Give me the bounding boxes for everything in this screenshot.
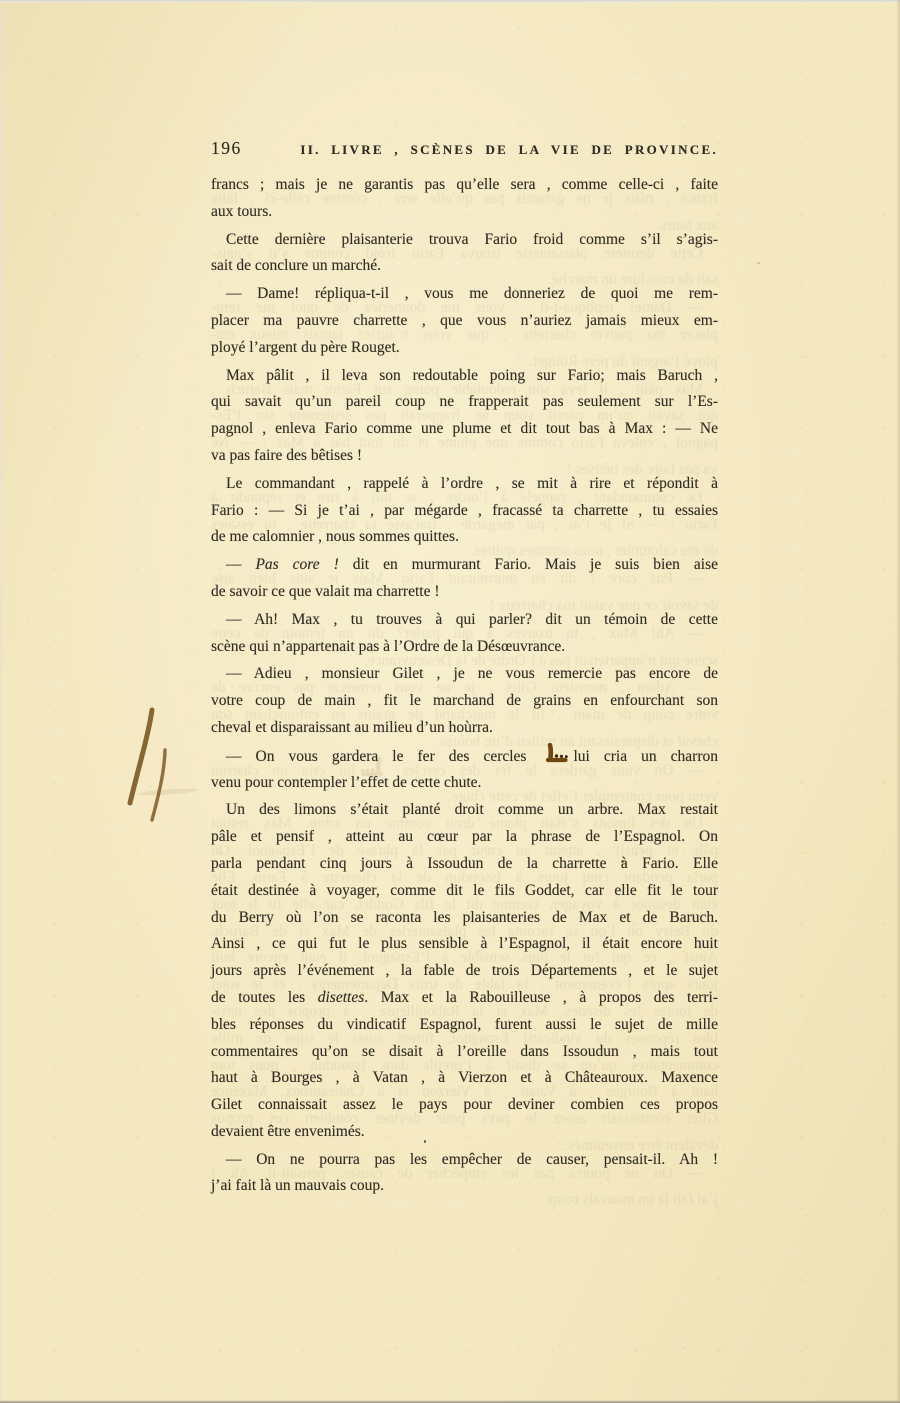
text-line: du Berry où l’on se raconta les plaisant… (211, 905, 718, 932)
text-segment: Max pâlit , il leva son redoutable poing… (226, 367, 718, 384)
text-segment: du Berry où l’on se raconta les plaisant… (211, 909, 718, 926)
text-segment: — On vous gardera le fer des cercles (226, 748, 526, 765)
text-segment: lui cria un charron (573, 748, 718, 765)
text-line: pâle et pensif , atteint au cœur par la … (211, 824, 718, 851)
text-line: parla pendant cinq jours à Issoudun de l… (211, 851, 718, 878)
text-line: était destinée à voyager, comme dit le f… (211, 878, 718, 905)
text-line: Gilet connaissait assez le pays pour dev… (211, 1092, 718, 1119)
paper-speck (757, 262, 760, 264)
text-segment: pagnol , enleva Fario comme une plume et… (211, 420, 718, 437)
text-line: va pas faire des bêtises ! (211, 443, 718, 470)
book-page-scan: francs ; mais je ne garantis pas qu’elle… (0, 0, 900, 1403)
text-segment: devaient être envenimés. (211, 1123, 365, 1140)
text-line: francs ; mais je ne garantis pas qu’elle… (211, 172, 718, 199)
text-segment: Cette dernière plaisanterie trouva Fario… (226, 231, 718, 248)
page-number: 196 (211, 138, 242, 159)
text-line: haut à Bourges , à Vatan , à Vierzon et … (211, 1065, 718, 1092)
scan-edge-left (0, 0, 2, 1403)
text-segment: cheval et disparaissant au milieu d’un h… (211, 719, 493, 736)
text-segment: Un des limons s’était planté droit comme… (226, 801, 718, 818)
text-segment: qui savait qu’un pareil coup ne frappera… (211, 393, 718, 410)
scan-edge-right (896, 0, 900, 1403)
text-segment: placer ma pauvre charrette , que vous n’… (211, 312, 718, 329)
text-line: ployé l’argent du père Rouget. (211, 335, 718, 362)
text-line: cheval et disparaissant au milieu d’un h… (211, 715, 718, 742)
text-segment: Le commandant , rappelé à l’ordre , se m… (226, 475, 718, 492)
text-segment: — Ah! Max , tu trouves à qui parler? dit… (226, 611, 718, 628)
ink-blot (528, 743, 570, 764)
text-line: — On ne pourra pas les empêcher de cause… (211, 1147, 718, 1174)
text-line: sait de conclure un marché. (211, 253, 718, 280)
text-line: — Ah! Max , tu trouves à qui parler? dit… (211, 607, 718, 634)
text-line: de me calomnier , nous sommes quittes. (211, 524, 718, 551)
text-segment: jours après l’événement , la fable de tr… (211, 962, 718, 979)
text-segment: était destinée à voyager, comme dit le f… (211, 882, 718, 899)
paper-speck (621, 860, 624, 863)
text-line: devaient être envenimés. (211, 1119, 718, 1146)
text-line: — On vous gardera le fer des cercleslui … (211, 743, 718, 770)
text-line: de toutes les disettes. Max et la Raboui… (211, 985, 718, 1012)
text-line: Cette dernière plaisanterie trouva Fario… (211, 227, 718, 254)
text-line: commentaires qu’on se disait à l’oreille… (211, 1039, 718, 1066)
text-line: — Adieu , monsieur Gilet , je ne vous re… (211, 661, 718, 688)
body-text: francs ; mais je ne garantis pas qu’elle… (211, 172, 718, 1200)
text-line: pagnol , enleva Fario comme une plume et… (211, 416, 718, 443)
italic-text-segment: disettes (318, 989, 365, 1006)
text-segment: j’ai fait là un mauvais coup. (211, 1177, 384, 1194)
text-segment: de savoir ce que valait ma charrette ! (211, 583, 440, 600)
text-line: qui savait qu’un pareil coup ne frappera… (211, 389, 718, 416)
text-line: bles réponses du vindicatif Espagnol, fu… (211, 1012, 718, 1039)
text-line: Le commandant , rappelé à l’ordre , se m… (211, 471, 718, 498)
text-segment: de me calomnier , nous sommes quittes. (211, 528, 459, 545)
text-segment: ployé l’argent du père Rouget. (211, 339, 400, 356)
text-segment: — (226, 556, 255, 573)
text-line: placer ma pauvre charrette , que vous n’… (211, 308, 718, 335)
text-segment: Ainsi , ce qui fut le plus sensible à l’… (211, 935, 718, 952)
text-line: votre coup de main , fit le marchand de … (211, 688, 718, 715)
text-line: j’ai fait là un mauvais coup. (211, 1173, 718, 1200)
text-segment: — Adieu , monsieur Gilet , je ne vous re… (226, 665, 718, 682)
text-segment: de toutes les (211, 989, 318, 1006)
text-line: de savoir ce que valait ma charrette ! (211, 579, 718, 606)
text-segment: — On ne pourra pas les empêcher de cause… (226, 1151, 718, 1168)
running-header: 196 II. LIVRE , SCÈNES DE LA VIE DE PROV… (211, 138, 718, 159)
text-line: Max pâlit , il leva son redoutable poing… (211, 363, 718, 390)
text-segment: bles réponses du vindicatif Espagnol, fu… (211, 1016, 718, 1033)
text-segment: aux tours. (211, 203, 272, 220)
text-segment: . Max et la Rabouilleuse , à propos des … (364, 989, 718, 1006)
text-segment: sait de conclure un marché. (211, 257, 381, 274)
text-segment: dit en murmurant Fario. Mais je suis bie… (339, 556, 718, 573)
text-segment: haut à Bourges , à Vatan , à Vierzon et … (211, 1069, 718, 1086)
italic-text-segment: Pas core ! (255, 556, 338, 573)
text-segment: — Dame! répliqua-t-il , vous me donnerie… (226, 285, 718, 302)
text-line: Fario : — Si je t’ai , par mégarde , fra… (211, 498, 718, 525)
text-line: Ainsi , ce qui fut le plus sensible à l’… (211, 931, 718, 958)
text-segment: Fario : — Si je t’ai , par mégarde , fra… (211, 502, 718, 519)
text-segment: votre coup de main , fit le marchand de … (211, 692, 718, 709)
text-segment: Gilet connaissait assez le pays pour dev… (211, 1096, 718, 1113)
running-title: II. LIVRE , SCÈNES DE LA VIE DE PROVINCE… (300, 142, 718, 158)
text-segment: francs ; mais je ne garantis pas qu’elle… (211, 176, 718, 193)
text-segment: venu pour contempler l’effet de cette ch… (211, 774, 481, 791)
text-line: venu pour contempler l’effet de cette ch… (211, 770, 718, 797)
text-segment: commentaires qu’on se disait à l’oreille… (211, 1043, 718, 1060)
margin-handwriting-marks (108, 693, 198, 838)
text-line: jours après l’événement , la fable de tr… (211, 958, 718, 985)
text-segment: scène qui n’appartenait pas à l’Ordre de… (211, 638, 565, 655)
text-line: aux tours. (211, 199, 718, 226)
text-segment: va pas faire des bêtises ! (211, 447, 362, 464)
paper-speck (424, 1140, 426, 1143)
scan-edge-top (0, 0, 900, 3)
text-line: — Dame! répliqua-t-il , vous me donnerie… (211, 281, 718, 308)
text-segment: pâle et pensif , atteint au cœur par la … (211, 828, 718, 845)
text-line: — Pas core ! dit en murmurant Fario. Mai… (211, 552, 718, 579)
text-line: Un des limons s’était planté droit comme… (211, 797, 718, 824)
text-line: scène qui n’appartenait pas à l’Ordre de… (211, 634, 718, 661)
text-segment: parla pendant cinq jours à Issoudun de l… (211, 855, 718, 872)
